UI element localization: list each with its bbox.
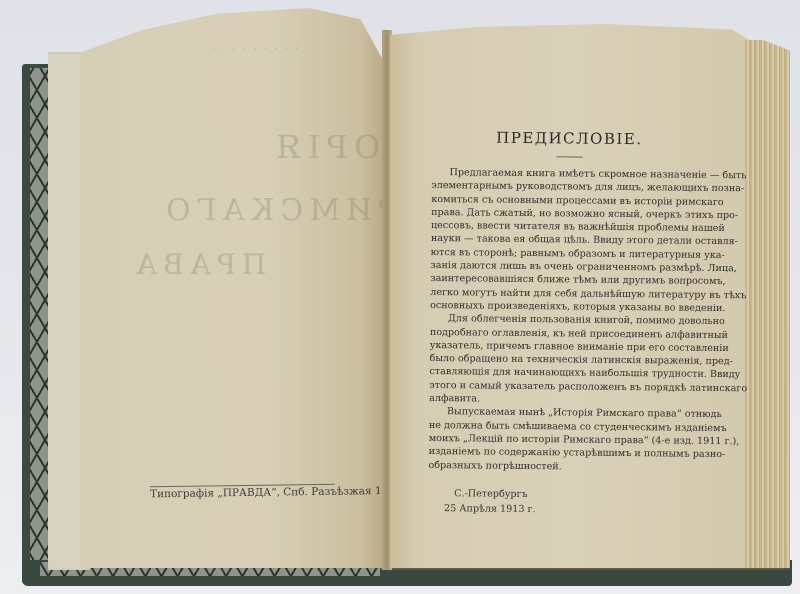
paragraph-3: Выпускаемая нынѣ „Исторiя Римскаго права…	[428, 405, 704, 474]
printer-imprint: Типографiя „ПРАВДА“, Спб. Разъѣзжая 16—1…	[150, 484, 335, 501]
page-stack-right	[745, 40, 790, 568]
paragraph-1: Предлагаемая книга имѣетъ скромное назна…	[430, 166, 707, 315]
preface: ПРЕДИСЛОВIЕ. Предлагаемая книга имѣетъ с…	[428, 128, 707, 519]
paragraph-2: Для облегченiя пользованiя книгой, помим…	[429, 312, 705, 408]
ghost-header: · · · · · · · · ·	[210, 44, 298, 55]
signature-date: 25 Апрѣля 1913 г.	[444, 501, 703, 519]
ghost-title-line-2: РИМСКАГО	[160, 193, 398, 228]
title-rule	[556, 156, 582, 157]
preface-title: ПРЕДИСЛОВIЕ.	[432, 128, 707, 149]
ghost-title-line-3: ПРАВА	[130, 248, 266, 281]
left-page	[80, 8, 385, 568]
signature: С.-Петербургъ 25 Апрѣля 1913 г.	[444, 486, 703, 519]
